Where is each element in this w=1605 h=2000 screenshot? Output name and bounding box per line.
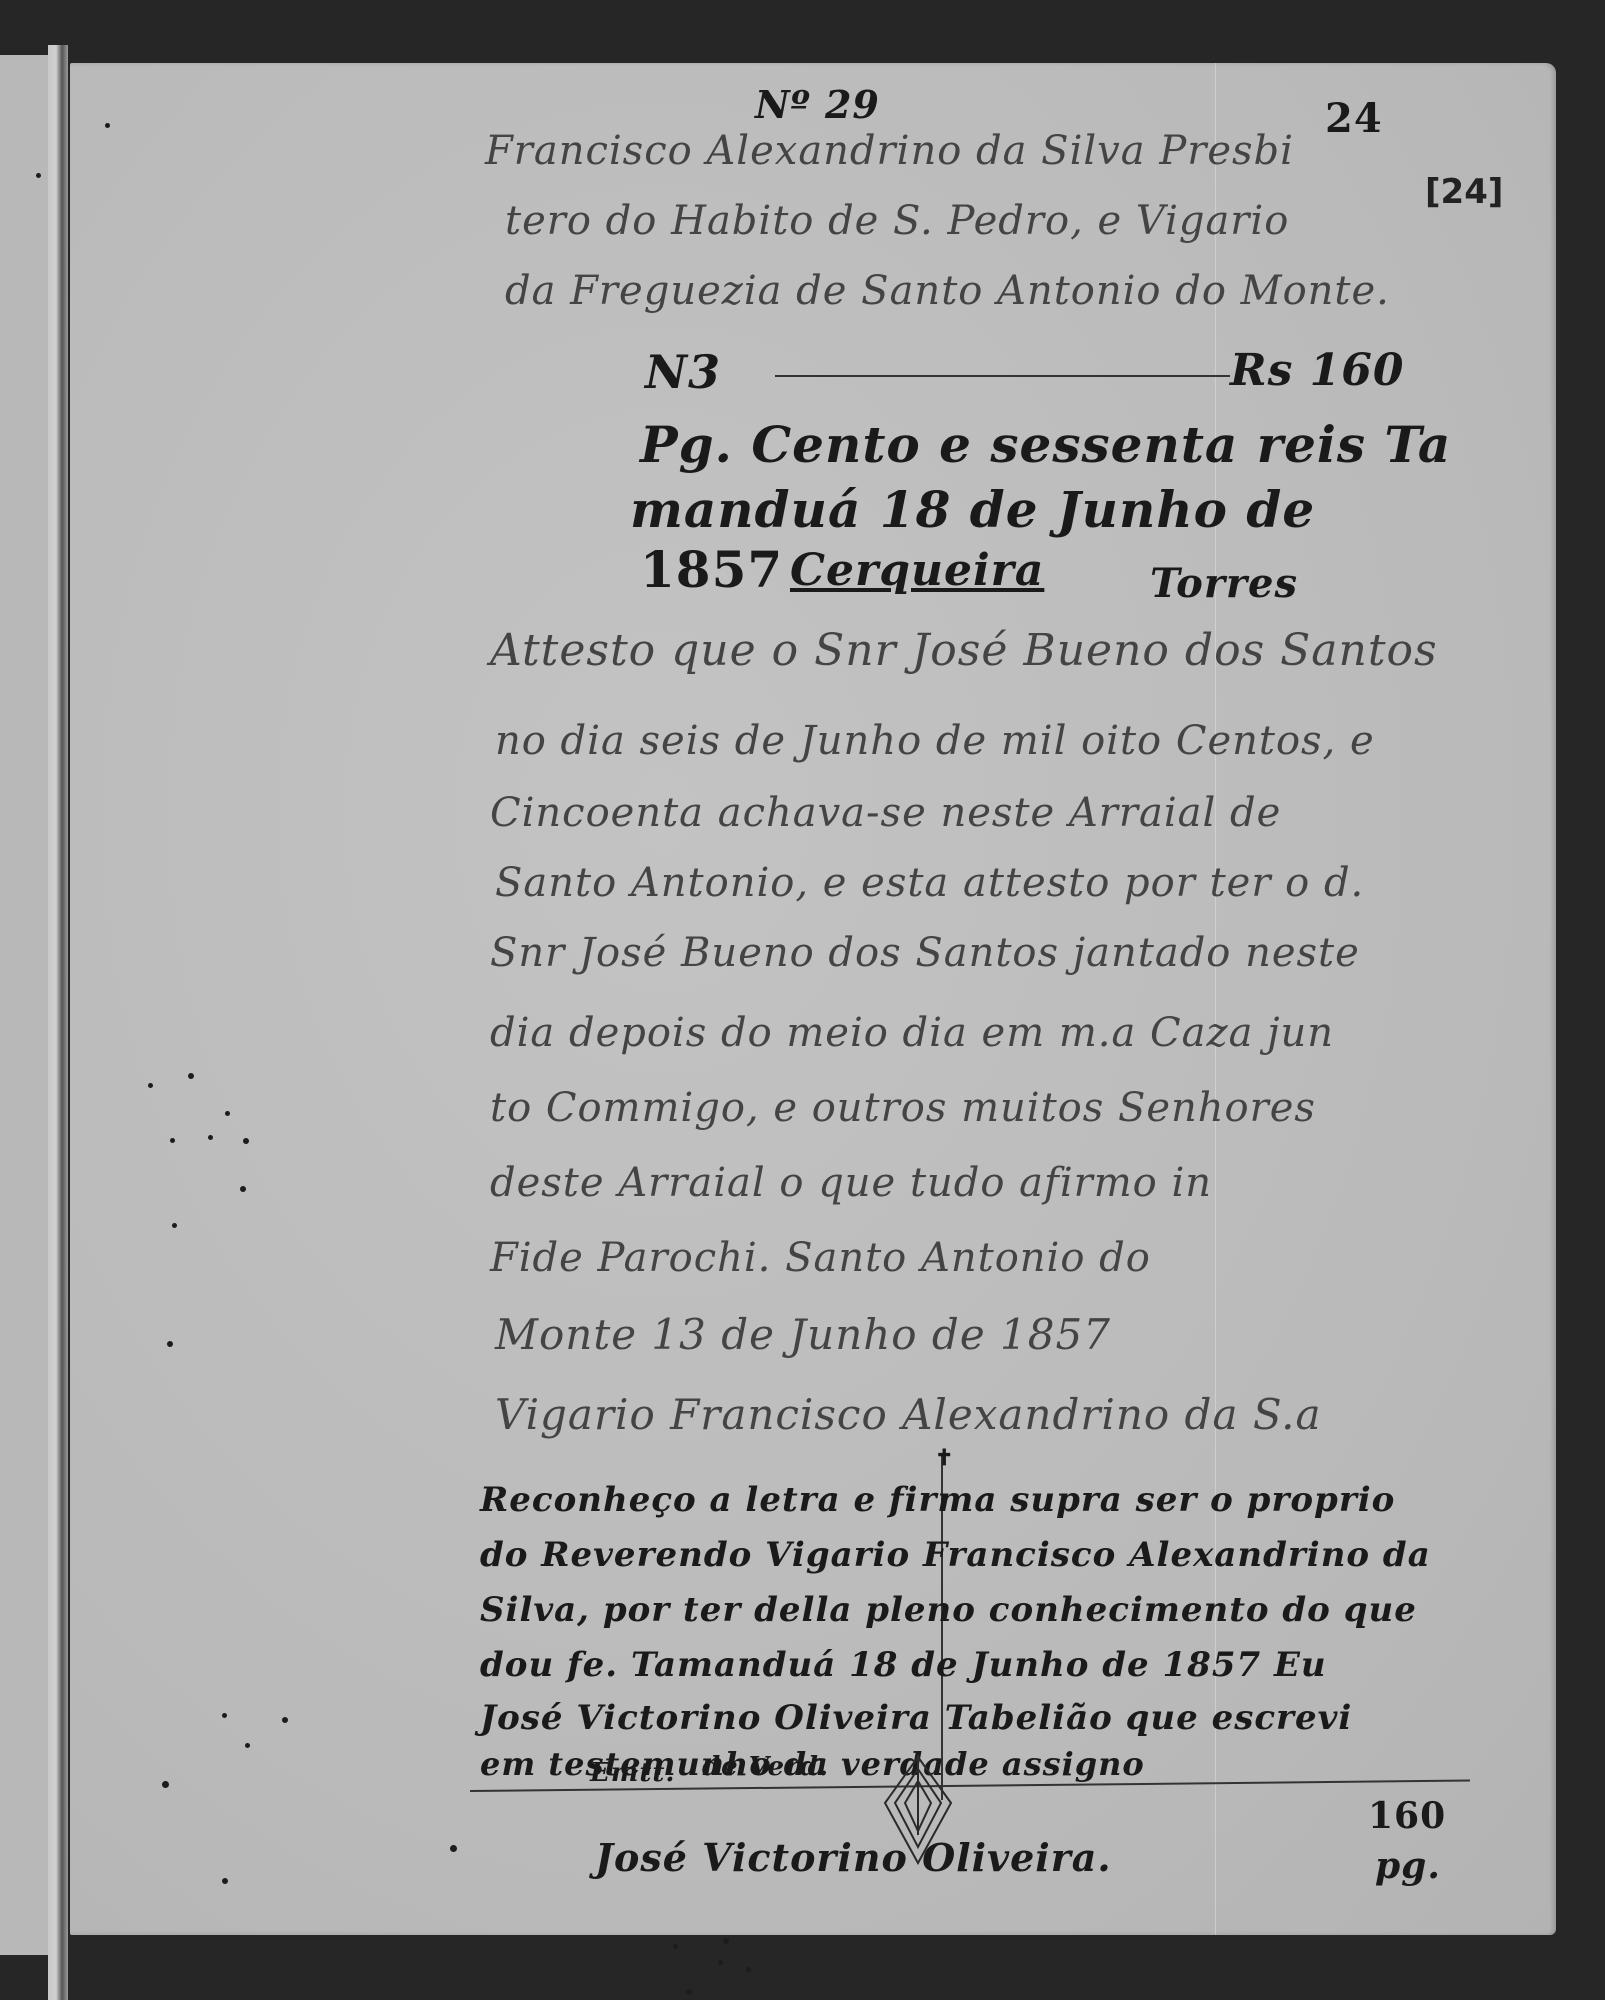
- ink-speck: [167, 1341, 173, 1347]
- body-line-4: Santo Antonio, e esta attesto por ter o …: [495, 860, 1364, 906]
- ink-speck: [686, 1989, 692, 1995]
- fee-note: pg.: [1375, 1845, 1441, 1887]
- body-line-10: Monte 13 de Junho de 1857: [495, 1310, 1111, 1359]
- stamp-signature-cerqueira: Cerqueira: [790, 545, 1044, 596]
- body-line-2: no dia seis de Junho de mil oito Centos,…: [495, 718, 1375, 764]
- ink-speck: [148, 1083, 153, 1088]
- ink-speck: [222, 1713, 227, 1718]
- notary-line-1: Reconheço a letra e firma supra ser o pr…: [480, 1480, 1395, 1520]
- ink-speck: [162, 1781, 169, 1788]
- ink-speck: [36, 173, 41, 178]
- folio-number-bracketed: [24]: [1425, 172, 1503, 212]
- seal-caption-right: de Verd.: [702, 1752, 829, 1782]
- ink-speck: [225, 1111, 230, 1116]
- ink-speck: [243, 1138, 249, 1144]
- adjacent-page-edge: [0, 55, 48, 1955]
- stamp-line-2: manduá 18 de Junho de: [630, 480, 1315, 539]
- ink-speck: [245, 1743, 250, 1748]
- ink-speck: [172, 1223, 177, 1228]
- stamp-line-3: 1857: [640, 540, 783, 599]
- ink-speck: [188, 1073, 194, 1079]
- page-spine: [48, 45, 68, 2000]
- notary-line-3: Silva, por ter della pleno conhecimento …: [480, 1590, 1417, 1630]
- stamp-dash-line: [775, 375, 1230, 377]
- header-line-2: tero do Habito de S. Pedro, e Vigario: [505, 198, 1289, 244]
- stamp-amount: Rs 160: [1230, 345, 1405, 396]
- ink-speck: [718, 1960, 723, 1965]
- ink-speck: [746, 1967, 751, 1972]
- seal-caption-left: Emtt.: [590, 1758, 675, 1788]
- ink-speck: [240, 1186, 246, 1192]
- ink-speck: [105, 123, 110, 128]
- ink-speck: [450, 1845, 457, 1852]
- body-line-9: Fide Parochi. Santo Antonio do: [490, 1235, 1151, 1281]
- cross-mark-icon: ✝: [935, 1445, 954, 1471]
- item-number: Nº 29: [755, 82, 880, 127]
- ink-speck: [282, 1717, 288, 1723]
- body-line-7: to Commigo, e outros muitos Senhores: [490, 1085, 1316, 1131]
- body-signature: Vigario Francisco Alexandrino da S.a: [495, 1390, 1322, 1439]
- header-line-3: da Freguezia de Santo Antonio do Monte.: [505, 268, 1390, 314]
- notary-line-2: do Reverendo Vigario Francisco Alexandri…: [480, 1535, 1431, 1575]
- stamp-line-1: Pg. Cento e sessenta reis Ta: [640, 415, 1451, 474]
- stamp-number: N3: [645, 345, 721, 399]
- body-line-5: Snr José Bueno dos Santos jantado neste: [490, 930, 1360, 976]
- fee-amount: 160: [1368, 1795, 1446, 1837]
- body-line-1: Attesto que o Snr José Bueno dos Santos: [490, 625, 1438, 676]
- notary-signature: José Victorino Oliveira.: [595, 1835, 1112, 1880]
- stamp-signature-torres: Torres: [1150, 560, 1298, 607]
- ink-speck: [723, 1938, 729, 1944]
- body-line-3: Cincoenta achava-se neste Arraial de: [490, 790, 1281, 836]
- ink-speck: [222, 1878, 228, 1884]
- folio-number-ink: 24: [1325, 95, 1383, 142]
- notary-line-5: José Victorino Oliveira Tabelião que esc…: [480, 1698, 1352, 1738]
- header-line-1: Francisco Alexandrino da Silva Presbi: [485, 128, 1294, 174]
- body-line-6: dia depois do meio dia em m.a Caza jun: [490, 1010, 1334, 1056]
- ink-speck: [673, 1944, 678, 1949]
- body-line-8: deste Arraial o que tudo afirmo in: [490, 1160, 1212, 1206]
- ink-speck: [208, 1135, 213, 1140]
- notary-line-4: dou fe. Tamanduá 18 de Junho de 1857 Eu: [480, 1645, 1327, 1685]
- ink-speck: [170, 1138, 175, 1143]
